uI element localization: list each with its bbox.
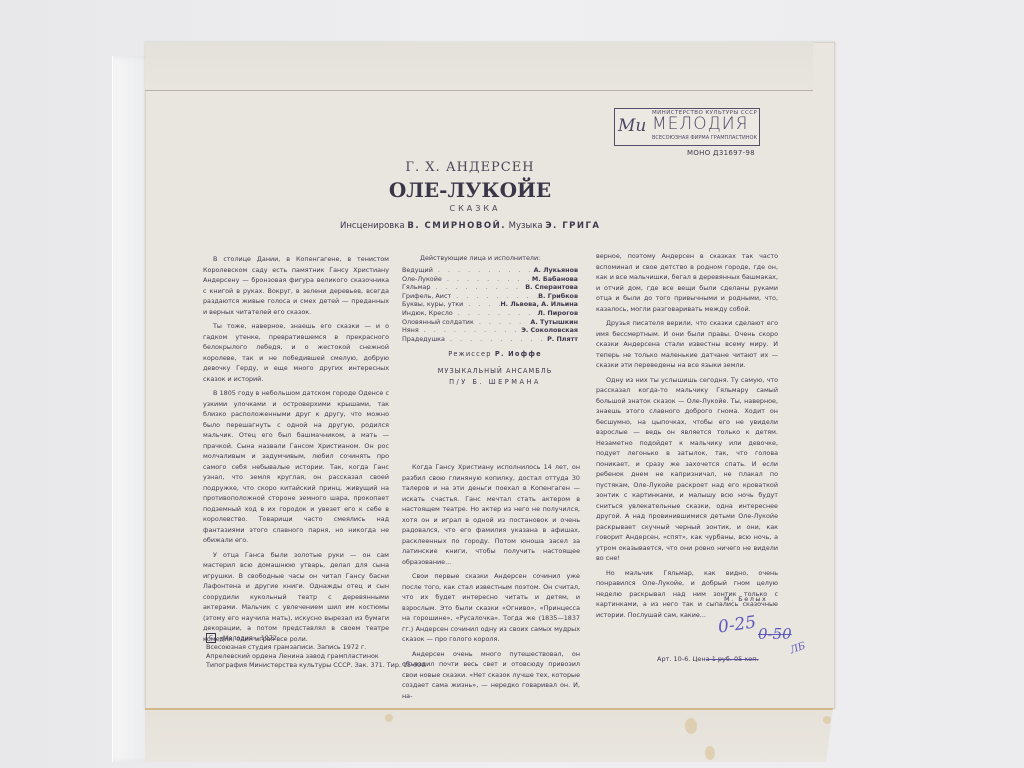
sleeve-bottom-flap (145, 708, 833, 762)
cast-list: Ведущий . . . . . . . . . . . . . . . . … (402, 266, 578, 343)
cast-row: Оловянный солдатик . . . . . . . . . . .… (402, 318, 578, 327)
paragraph: Одну из них ты услышишь сегодня. Ту саму… (596, 375, 778, 564)
leader-dots: . . . . . . . . . . . . . . . . . . . . (430, 283, 525, 292)
ensemble-line-2: П/У Б. ШЕРМАНА (420, 377, 570, 388)
cast-actor: М. Бабанова (532, 275, 578, 284)
price-line: Арт. 10-6. Цена 1 руб. 05 коп. (657, 655, 759, 663)
company-text: ВСЕСОЮЗНАЯ ФИРМА ГРАМПЛАСТИНОК (652, 135, 758, 141)
leader-dots: . . . . . . . . . . . . . . . . . . . . (453, 309, 538, 318)
cast-role: Оле-Лукойе (402, 275, 442, 284)
cast-row: Индюк, Кресло . . . . . . . . . . . . . … (402, 309, 578, 318)
sleeve-top-flap (145, 42, 813, 91)
credit-line-2: Всесоюзная студия грамзаписи. Запись 197… (206, 643, 425, 652)
director-credit: Режиссер Р. Иоффе (430, 350, 560, 358)
ensemble-credit: МУЗЫКАЛЬНЫЙ АНСАМБЛЬ П/У Б. ШЕРМАНА (420, 366, 570, 388)
text-column-1: В столице Дании, в Копенгагене, в тенист… (203, 254, 389, 648)
cast-actor: А. Тутышкин (530, 318, 578, 327)
cast-role: Индюк, Кресло (402, 309, 453, 318)
cast-role: Гяльмар (402, 283, 430, 292)
paragraph: В столице Дании, в Копенгагене, в тенист… (203, 254, 389, 317)
leader-dots: . . . . . . . . . . . . . . . . . . . . (445, 335, 547, 344)
leader-dots: . . . . . . . . . . . . . . . . . . . . (474, 318, 531, 327)
cast-actor: Э. Соколовская (521, 326, 578, 335)
credit-line-1: «Мелодия», 1972 (219, 634, 277, 642)
music-label: Музыка (509, 221, 543, 231)
leader-dots: . . . . . . . . . . . . . . . . . . . . (442, 275, 532, 284)
cast-row: Прадедушка . . . . . . . . . . . . . . .… (402, 335, 578, 344)
copyright-icon: С (206, 633, 216, 643)
paragraph: У отца Ганса были золотые руки — он сам … (203, 550, 389, 645)
genre-label: СКАЗКА (420, 204, 530, 213)
leader-dots: . . . . . . . . . . . . . . . . . . . . (419, 326, 522, 335)
cast-actor: Н. Львова, А. Ильина (500, 300, 578, 309)
record-title: ОЛЕ-ЛУКОЙЕ (380, 178, 560, 202)
paragraph: Когда Гансу Христиану исполнилось 14 лет… (402, 462, 580, 567)
paragraph: В 1805 году в небольшом датском городе О… (203, 388, 389, 546)
cast-row: Оле-Лукойе . . . . . . . . . . . . . . .… (402, 275, 578, 284)
cast-actor: А. Лукьянов (534, 266, 578, 275)
cast-row: Ведущий . . . . . . . . . . . . . . . . … (402, 266, 578, 275)
director-name: Р. Иоффе (495, 350, 542, 358)
cast-actor: Р. Плятт (547, 335, 578, 344)
paragraph: верное, поэтому Андерсен в сказках так ч… (596, 251, 778, 314)
cast-actor: Л. Пирогов (537, 309, 578, 318)
cast-role: Грифель, Аист (402, 292, 451, 301)
catalog-number: МОНО Д31697-98 (687, 149, 755, 157)
cast-row: Няня . . . . . . . . . . . . . . . . . .… (402, 326, 578, 335)
cast-actor: В. Грибков (538, 292, 578, 301)
paragraph: Друзья писателя верили, что сказки сдела… (596, 318, 778, 371)
director-label: Режиссер (448, 350, 491, 358)
cast-role: Буквы, куры, утки (402, 300, 463, 309)
staging-label: Инсценировка (340, 221, 405, 231)
author-name: Г. Х. АНДЕРСЕН (395, 160, 545, 175)
staging-name: В. СМИРНОВОЙ. (407, 221, 506, 231)
cast-role: Прадедушка (402, 335, 445, 344)
cast-role: Няня (402, 326, 419, 335)
text-column-3: верное, поэтому Андерсен в сказках так ч… (596, 251, 778, 624)
handwritten-old-price: 0-50 (758, 625, 792, 643)
leader-dots: . . . . . . . . . . . . . . . . . . . . (433, 266, 534, 275)
text-column-2: Когда Гансу Христиану исполнилось 14 лет… (402, 462, 580, 705)
brand-name: МЕЛОДИЯ (652, 115, 756, 134)
cast-role: Оловянный солдатик (402, 318, 474, 327)
cast-actor: В. Сперантова (525, 283, 578, 292)
credit-line-4: Типография Министерства культуры СССР. З… (206, 661, 425, 670)
cast-heading: Действующие лица и исполнители: (420, 254, 570, 262)
paragraph: Андерсен очень много путешествовал, он о… (402, 649, 580, 702)
music-name: Э. ГРИГА (545, 221, 600, 231)
cast-row: Грифель, Аист . . . . . . . . . . . . . … (402, 292, 578, 301)
cast-row: Буквы, куры, утки . . . . . . . . . . . … (402, 300, 578, 309)
original-price: а 1 руб. 05 коп. (706, 655, 759, 663)
leader-dots: . . . . . . . . . . . . . . . . . . . . (463, 300, 500, 309)
paragraph: Ты тоже, наверное, знаешь его сказки — и… (203, 321, 389, 384)
cast-row: Гяльмар . . . . . . . . . . . . . . . . … (402, 283, 578, 292)
credits-line: Инсценировка В. СМИРНОВОЙ. Музыка Э. ГРИ… (340, 221, 601, 231)
essay-signature: М. Белых (724, 595, 767, 603)
melodiya-logo-icon: Ми (618, 114, 644, 138)
production-credits: С«Мелодия», 1972 Всесоюзная студия грамз… (206, 633, 425, 670)
article-text: Арт. 10-6. Цен (657, 655, 706, 663)
cast-role: Ведущий (402, 266, 433, 275)
paragraph: Свои первые сказки Андерсен сочинил уже … (402, 571, 580, 645)
ensemble-line-1: МУЗЫКАЛЬНЫЙ АНСАМБЛЬ (420, 366, 570, 377)
leader-dots: . . . . . . . . . . . . . . . . . . . . (451, 292, 538, 301)
credit-line-3: Апрелевский ордена Ленина завод грамплас… (206, 652, 425, 661)
